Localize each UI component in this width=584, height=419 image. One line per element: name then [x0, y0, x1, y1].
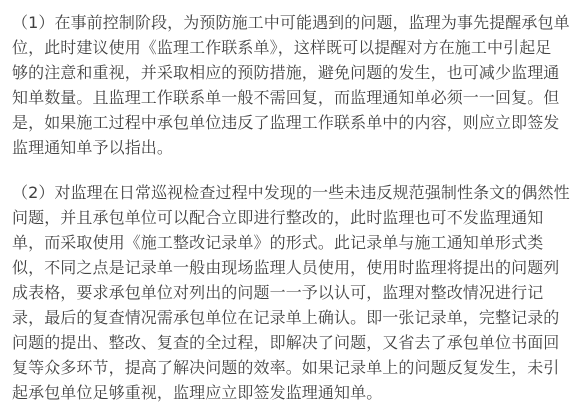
paragraph-1: （1）在事前控制阶段，为预防施工中可能遇到的问题，监理为事先提醒承包单 位，此时… — [12, 10, 574, 160]
text-line: 问题的提出、整改、复查的全过程，即解决了问题，又省去了承包单位书面回 — [12, 330, 574, 355]
text-line: 是，如果施工过程中承包单位违反了监理工作联系单中的内容，则应立即签发 — [12, 110, 574, 135]
text-line: 知单数量。且监理工作联系单一般不需回复，而监理通知单必须一一回复。但 — [12, 85, 574, 110]
paragraph-2: （2）对监理在日常巡视检查过程中发现的一些未违反规范强制性条文的偶然性 问题，并… — [12, 180, 574, 405]
text-line: 复等众多环节，提高了解决问题的效率。如果记录单上的问题反复发生，未引 — [12, 355, 574, 380]
text-line: 成表格，要求承包单位对列出的问题一一予以认可，监理对整改情况进行记 — [12, 280, 574, 305]
text-line: （1）在事前控制阶段，为预防施工中可能遇到的问题，监理为事先提醒承包单 — [12, 10, 574, 35]
text-line: 录，最后的复查情况需承包单位在记录单上确认。即一张记录单，完整记录的 — [12, 305, 574, 330]
text-line: 位，此时建议使用《监理工作联系单》，这样既可以提醒对方在施工中引起足 — [12, 35, 574, 60]
text-line: 问题，并且承包单位可以配合立即进行整改的，此时监理也可不发监理通知 — [12, 205, 574, 230]
text-line: 起承包单位足够重视，监理应立即签发监理通知单。 — [12, 380, 574, 405]
text-line: 似，不同之点是记录单一般由现场监理人员使用，使用时监理将提出的问题列 — [12, 255, 574, 280]
article-page: （1）在事前控制阶段，为预防施工中可能遇到的问题，监理为事先提醒承包单 位，此时… — [0, 0, 584, 419]
text-line: 够的注意和重视，并采取相应的预防措施，避免问题的发生，也可减少监理通 — [12, 60, 574, 85]
text-line: （2）对监理在日常巡视检查过程中发现的一些未违反规范强制性条文的偶然性 — [12, 180, 574, 205]
text-line: 监理通知单予以指出。 — [12, 135, 574, 160]
text-line: 单，而采取使用《施工整改记录单》的形式。此记录单与施工通知单形式类 — [12, 230, 574, 255]
